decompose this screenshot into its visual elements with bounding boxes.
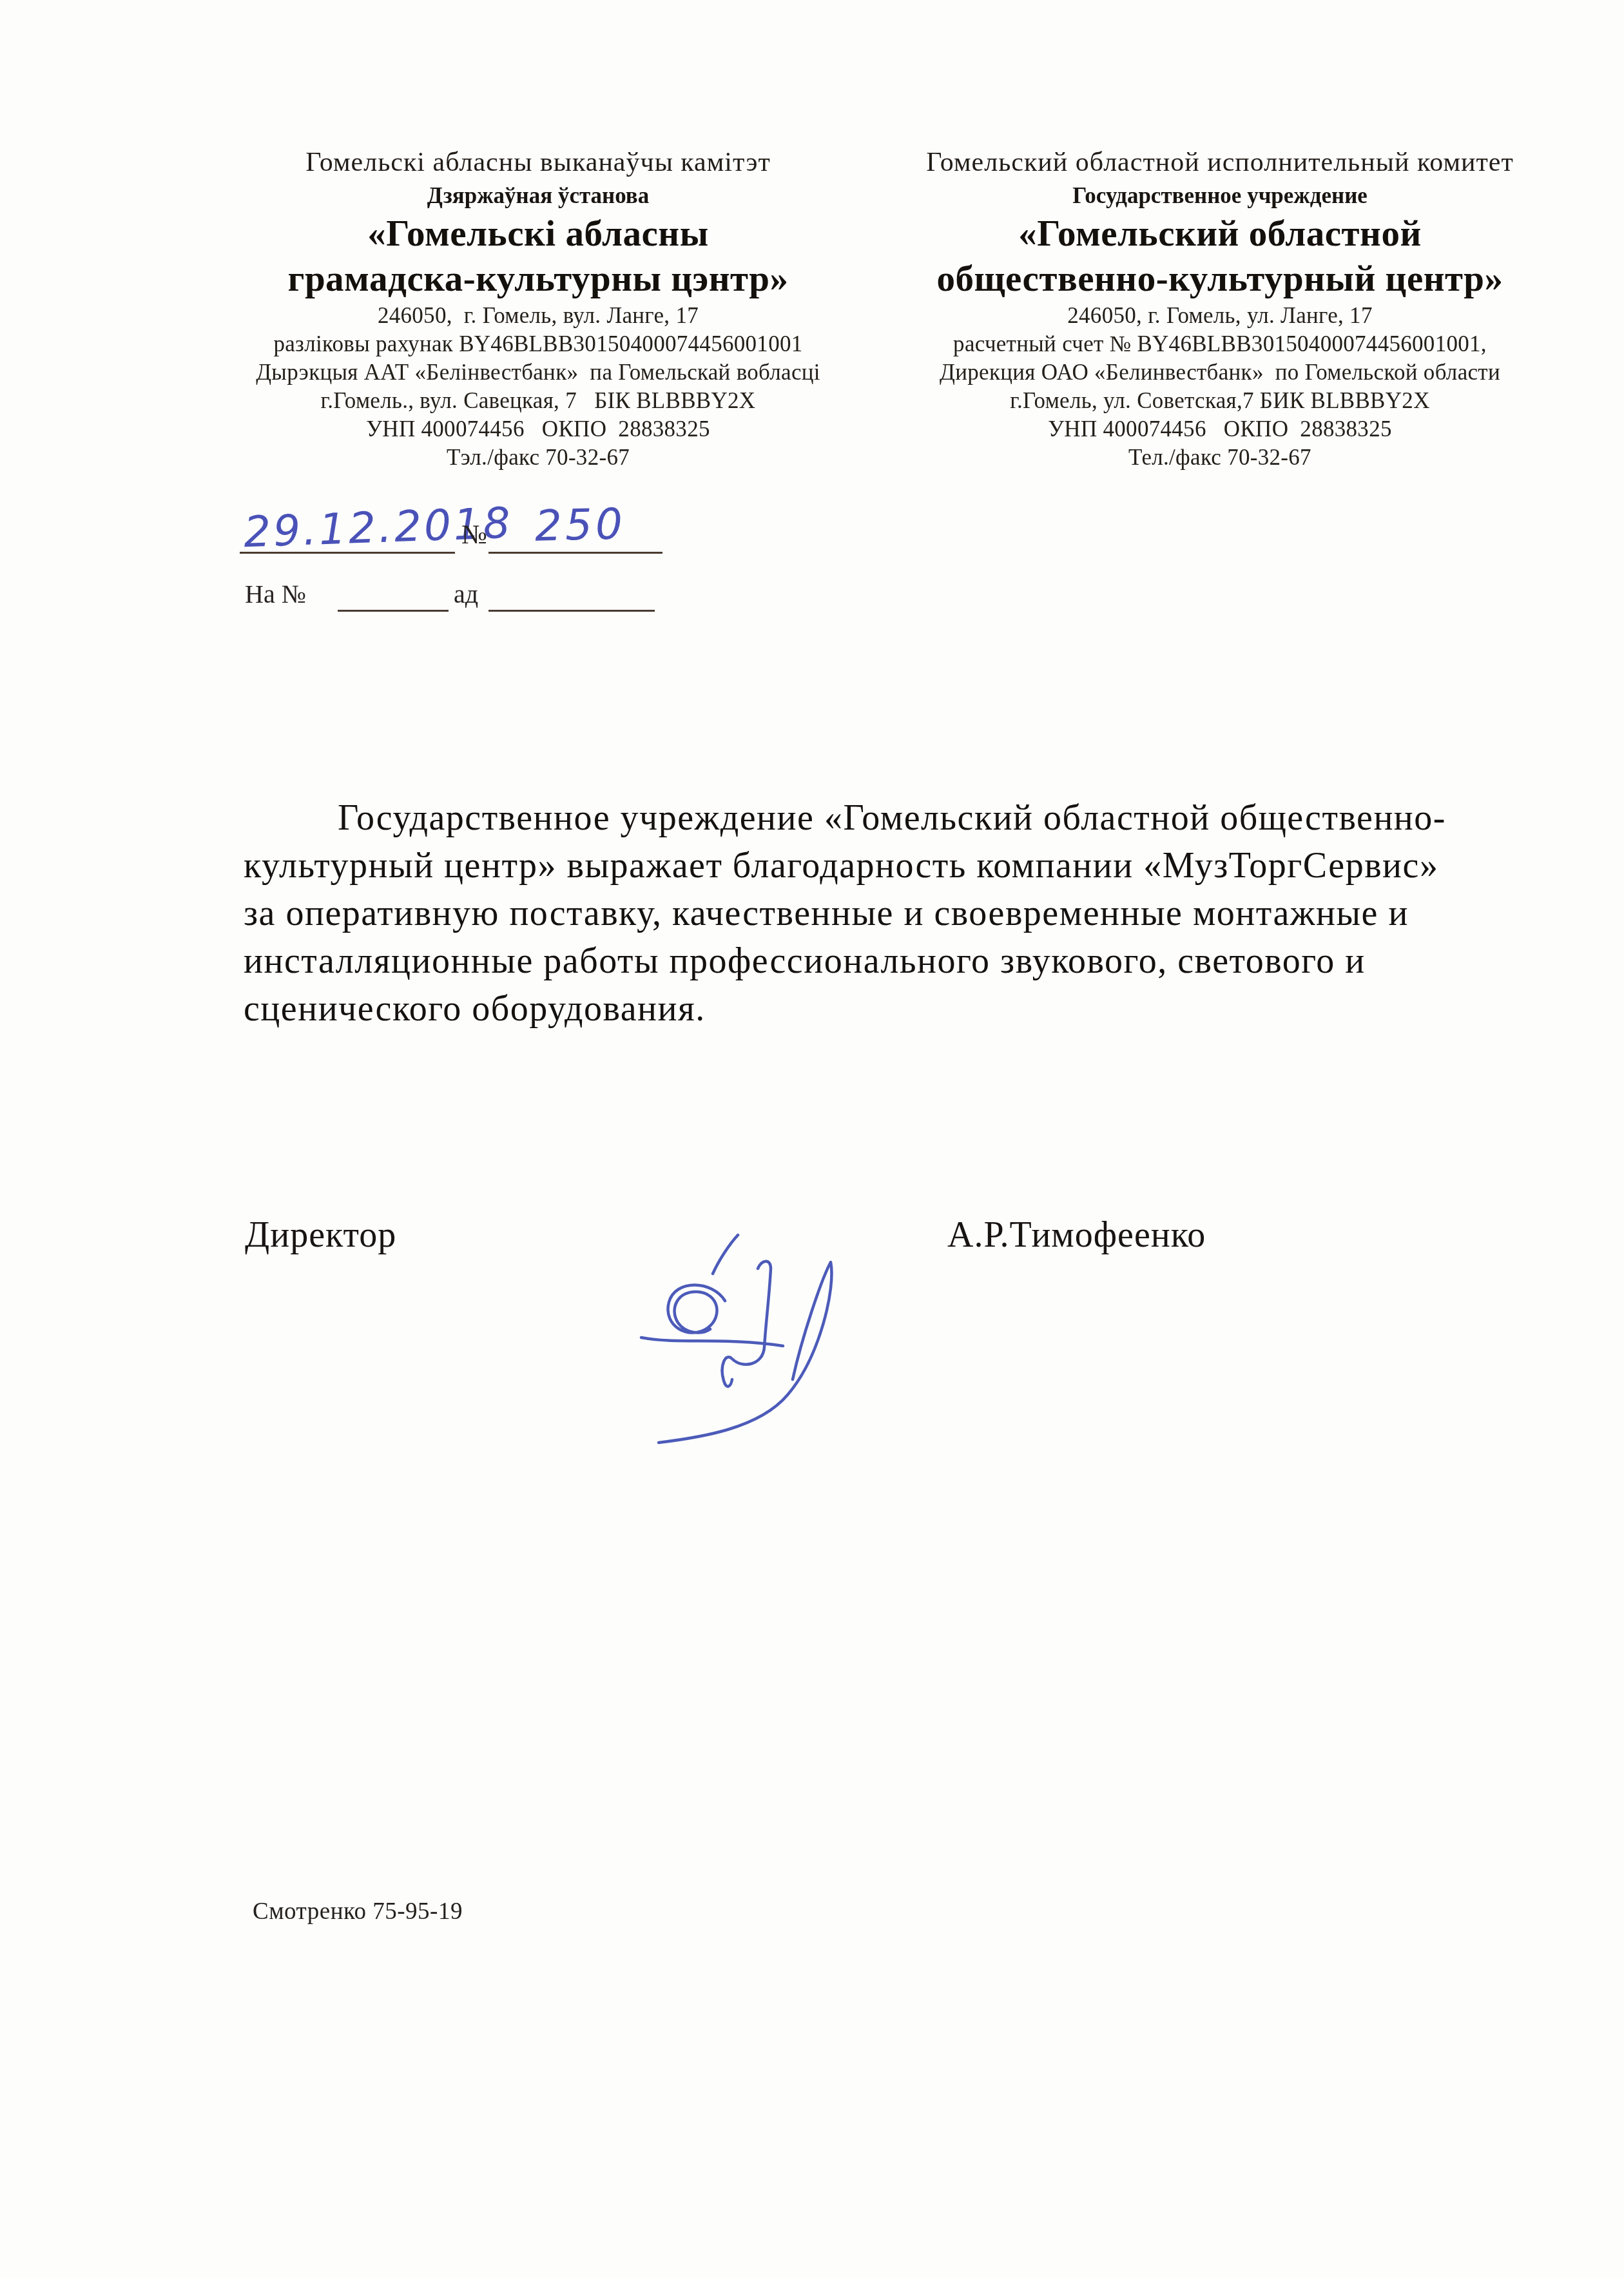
letterhead-right-org-name-1: «Гомельский областной: [874, 211, 1566, 257]
letterhead-right: Гомельский областной исполнительный коми…: [874, 144, 1566, 472]
letterhead-left-committee: Гомельскі абласны выканаўчы камітэт: [213, 144, 864, 180]
body-line-4: инсталляционные работы профессионального…: [244, 937, 1558, 985]
signatory-name: А.Р.Тимофеенко: [947, 1214, 1206, 1256]
letterhead-left-account: разліковы рахунак BY46BLBB30150400074456…: [213, 330, 864, 358]
body-line-3: за оперативную поставку, качественные и …: [244, 890, 1558, 937]
letterhead-left-org-name-2: грамадска-культурны цэнтр»: [213, 257, 864, 302]
letterhead-left-bank-address: г.Гомель., вул. Савецкая, 7 БІК BLBBBY2X: [213, 387, 864, 415]
number-sign-label: №: [461, 520, 487, 550]
body-line-2: культурный центр» выражает благодарность…: [244, 842, 1558, 890]
letterhead-right-committee: Гомельский областной исполнительный коми…: [874, 144, 1566, 180]
reply-date-underline: [488, 562, 655, 612]
executor-contact: Смотренко 75-95-19: [253, 1898, 463, 1925]
signatory-title: Директор: [245, 1214, 396, 1256]
letter-page: Гомельскі абласны выканаўчы камітэт Дзяр…: [0, 0, 1624, 2278]
reply-date-label: ад: [454, 579, 478, 609]
letterhead-right-bank-address: г.Гомель, ул. Советская,7 БИК BLBBBY2X: [874, 387, 1566, 415]
letterhead-right-bank: Дирекция ОАО «Белинвестбанк» по Гомельск…: [874, 358, 1566, 387]
letterhead-right-institution: Государственное учреждение: [874, 180, 1566, 211]
letterhead-left: Гомельскі абласны выканаўчы камітэт Дзяр…: [213, 144, 864, 472]
letterhead-left-address: 246050, г. Гомель, вул. Ланге, 17: [213, 302, 864, 330]
number-handwritten: 250: [534, 499, 626, 551]
letterhead-left-unp-okpo: УНП 400074456 ОКПО 28838325: [213, 415, 864, 443]
letterhead-left-bank: Дырэкцыя ААТ «Белінвестбанк» па Гомельск…: [213, 358, 864, 387]
letter-body: Государственное учреждение «Гомельский о…: [244, 794, 1558, 1033]
body-line-5: сценического оборудования.: [244, 985, 1558, 1033]
letterhead-right-account: расчетный счет № BY46BLBB301504000744560…: [874, 330, 1566, 358]
letterhead-right-org-name-2: общественно-культурный центр»: [874, 257, 1566, 302]
reply-to-number-label: На №: [245, 579, 306, 609]
director-signature-icon: [593, 1204, 864, 1468]
reply-number-underline: [338, 562, 449, 612]
letterhead-left-institution: Дзяржаўная ўстанова: [213, 180, 864, 211]
body-line-1: Государственное учреждение «Гомельский о…: [244, 794, 1558, 842]
letterhead-left-phone: Тэл./факс 70-32-67: [213, 443, 864, 472]
letterhead-left-org-name-1: «Гомельскі абласны: [213, 211, 864, 257]
letterhead-right-unp-okpo: УНП 400074456 ОКПО 28838325: [874, 415, 1566, 443]
letterhead-right-phone: Тел./факс 70-32-67: [874, 443, 1566, 472]
letterhead-right-address: 246050, г. Гомель, ул. Ланге, 17: [874, 302, 1566, 330]
